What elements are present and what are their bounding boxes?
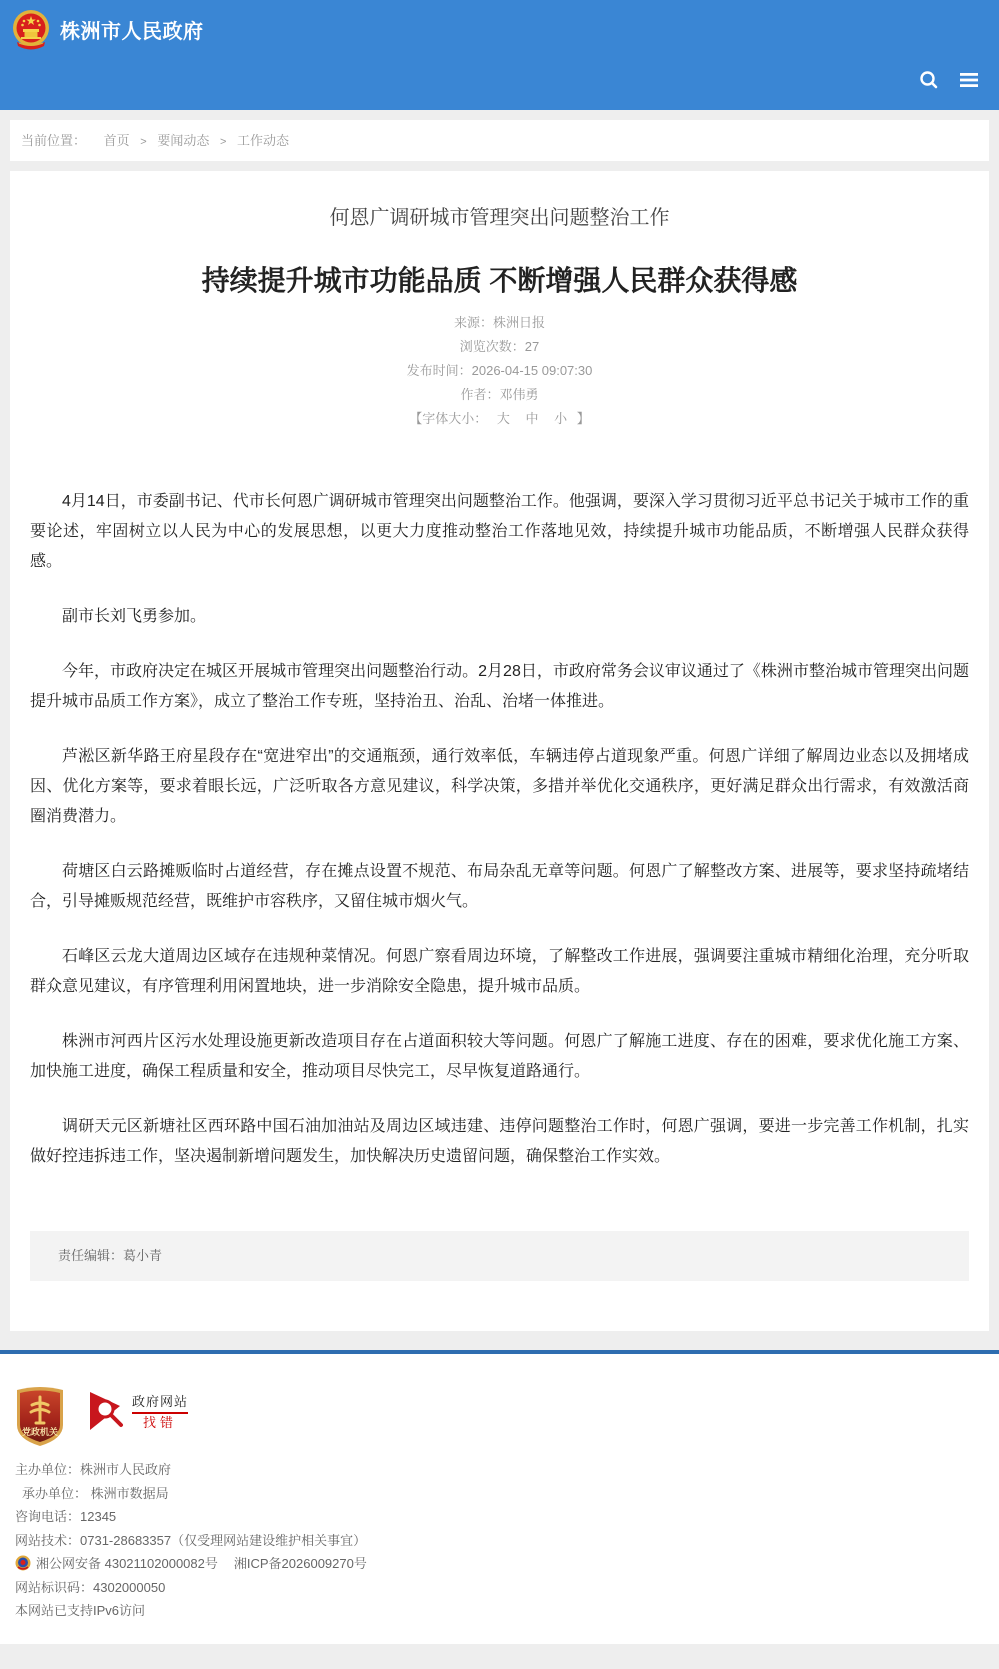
footer-hotline: 咨询电话：12345 bbox=[15, 1505, 984, 1529]
party-government-badge-icon[interactable]: 党政机关 bbox=[14, 1385, 66, 1447]
footer-sponsor: 主办单位：株洲市人民政府 bbox=[15, 1458, 984, 1482]
footer-tech-support: 网站技术：0731-28683357（仅受理网站建设维护相关事宜） bbox=[15, 1529, 984, 1553]
responsible-editor: 责任编辑：葛小青 bbox=[30, 1231, 969, 1281]
article-paragraph: 荷塘区白云路摊贩临时占道经营，存在摊点设置不规范、布局杂乱无章等问题。何恩广了解… bbox=[30, 857, 969, 917]
find-error-magnifier-icon bbox=[90, 1392, 128, 1430]
site-title[interactable]: 株洲市人民政府 bbox=[60, 17, 204, 47]
search-icon[interactable] bbox=[919, 70, 939, 90]
breadcrumb-label: 当前位置： bbox=[21, 133, 86, 148]
find-error-link[interactable]: 政府网站 找错 bbox=[90, 1392, 188, 1432]
article-paragraph: 副市长刘飞勇参加。 bbox=[30, 602, 969, 632]
breadcrumb-news[interactable]: 要闻动态 bbox=[157, 133, 209, 148]
article-paragraph: 株洲市河西片区污水处理设施更新改造项目存在占道面积较大等问题。何恩广了解施工进度… bbox=[30, 1027, 969, 1087]
footer-gap bbox=[0, 1331, 999, 1350]
font-size-label: 【字体大小： bbox=[409, 411, 487, 426]
breadcrumb: 当前位置： 首页 > 要闻动态 > 工作动态 bbox=[10, 120, 989, 161]
breadcrumb-work-news[interactable]: 工作动态 bbox=[237, 133, 289, 148]
site-header: 株洲市人民政府 bbox=[0, 0, 999, 110]
breadcrumb-separator: > bbox=[220, 136, 226, 148]
breadcrumb-separator: > bbox=[140, 136, 146, 148]
footer-organizer: 承办单位： 株洲市数据局 bbox=[15, 1482, 984, 1506]
article-paragraph: 今年，市政府决定在城区开展城市管理突出问题整治行动。2月28日，市政府常务会议审… bbox=[30, 657, 969, 717]
footer-info: 主办单位：株洲市人民政府 承办单位： 株洲市数据局 咨询电话：12345 网站技… bbox=[15, 1458, 984, 1623]
article-publish-time: 发布时间：2026-04-15 09:07:30 bbox=[10, 359, 989, 383]
article-paragraph: 4月14日，市委副书记、代市长何恩广调研城市管理突出问题整治工作。他强调，要深入… bbox=[30, 487, 969, 577]
article-views: 浏览次数：27 bbox=[10, 335, 989, 359]
footer-logos: 党政机关 政府网站 找错 bbox=[15, 1385, 984, 1447]
site-footer: 党政机关 政府网站 找错 主办单位：株洲市人民政府 承办单位： 株洲市数据局 咨… bbox=[0, 1350, 999, 1644]
font-size-large-button[interactable]: 大 bbox=[497, 411, 510, 426]
article-paragraph: 调研天元区新塘社区西环路中国石油加油站及周边区域违建、违停问题整治工作时，何恩广… bbox=[30, 1112, 969, 1172]
article-paragraph: 芦淞区新华路王府星段存在“宽进窄出”的交通瓶颈，通行效率低，车辆违停占道现象严重… bbox=[30, 742, 969, 832]
footer-ipv6: 本网站已支持IPv6访问 bbox=[15, 1599, 984, 1623]
breadcrumb-home[interactable]: 首页 bbox=[104, 133, 130, 148]
national-emblem-icon bbox=[11, 9, 51, 53]
article-author: 作者：邓伟勇 bbox=[10, 383, 989, 407]
footer-site-code: 网站标识码：4302000050 bbox=[15, 1576, 984, 1600]
police-record-link[interactable]: 湘公网安备 43021102000082号 bbox=[36, 1556, 218, 1571]
menu-icon[interactable] bbox=[959, 70, 979, 90]
article-body: 4月14日，市委副书记、代市长何恩广调研城市管理突出问题整治工作。他强调，要深入… bbox=[10, 487, 989, 1172]
police-badge-icon bbox=[15, 1555, 31, 1571]
font-size-medium-button[interactable]: 中 bbox=[525, 411, 538, 426]
article-subtitle: 何恩广调研城市管理突出问题整治工作 bbox=[10, 203, 989, 233]
article-paragraph: 石峰区云龙大道周边区域存在违规种菜情况。何恩广察看周边环境，了解整改工作进展，强… bbox=[30, 942, 969, 1002]
footer-records: 湘公网安备 43021102000082号湘ICP备2026009270号 bbox=[15, 1552, 984, 1576]
article-source: 来源：株洲日报 bbox=[10, 311, 989, 335]
find-error-top-text: 政府网站 bbox=[132, 1394, 188, 1414]
font-size-close-bracket: 】 bbox=[577, 411, 590, 426]
icp-record-link[interactable]: 湘ICP备2026009270号 bbox=[234, 1556, 367, 1571]
article-meta: 来源：株洲日报 浏览次数：27 发布时间：2026-04-15 09:07:30… bbox=[10, 311, 989, 431]
font-size-controls: 【字体大小： 大 中 小 】 bbox=[10, 407, 989, 431]
find-error-bottom-text: 找错 bbox=[132, 1414, 188, 1432]
svg-text:党政机关: 党政机关 bbox=[22, 1426, 58, 1437]
font-size-small-button[interactable]: 小 bbox=[554, 411, 567, 426]
article-container: 何恩广调研城市管理突出问题整治工作 持续提升城市功能品质 不断增强人民群众获得感… bbox=[10, 171, 989, 1331]
article-title: 持续提升城市功能品质 不断增强人民群众获得感 bbox=[10, 263, 989, 299]
